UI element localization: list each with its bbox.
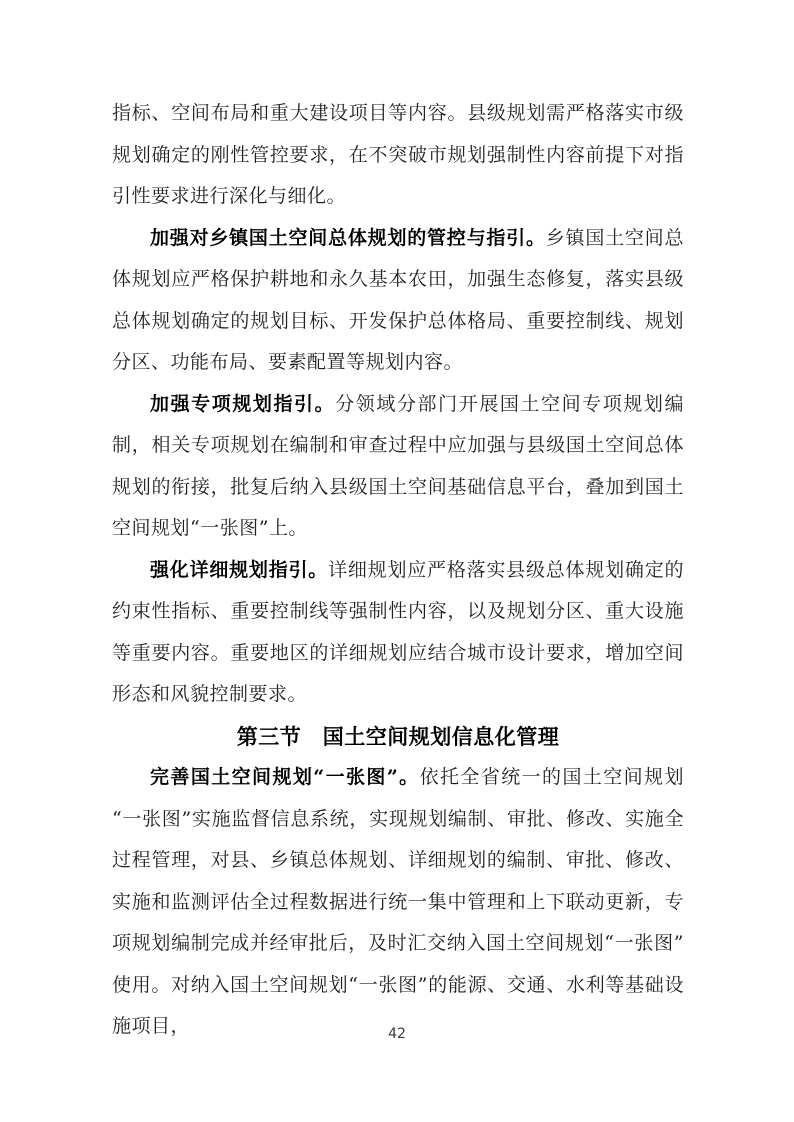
paragraph: 强化详细规划指引。详细规划应严格落实县级总体规划确定的约束性指标、重要控制线等强… — [112, 550, 684, 716]
paragraph-text: 依托全省统一的国土空间规划“一张图”实施监督信息系统，实现规划编制、审批、修改、… — [112, 766, 684, 1037]
paragraph: 加强对乡镇国土空间总体规划的管控与指引。乡镇国土空间总体规划应严格保护耕地和永久… — [112, 218, 684, 384]
paragraph-text: 指标、空间布局和重大建设项目等内容。县级规划需严格落实市级规划确定的刚性管控要求… — [112, 102, 684, 207]
page-number: 42 — [0, 1026, 794, 1042]
paragraph-bold-lead: 完善国土空间规划“一张图”。 — [150, 766, 420, 788]
section-heading: 第三节 国土空间规划信息化管理 — [112, 716, 684, 758]
paragraph: 指标、空间布局和重大建设项目等内容。县级规划需严格落实市级规划确定的刚性管控要求… — [112, 93, 684, 218]
paragraph-bold-lead: 加强专项规划指引。 — [150, 393, 335, 415]
paragraph-bold-lead: 强化详细规划指引。 — [150, 559, 328, 581]
paragraph-bold-lead: 加强对乡镇国土空间总体规划的管控与指引。 — [150, 227, 546, 249]
text-block: 指标、空间布局和重大建设项目等内容。县级规划需严格落实市级规划确定的刚性管控要求… — [112, 93, 684, 1048]
paragraph: 完善国土空间规划“一张图”。依托全省统一的国土空间规划“一张图”实施监督信息系统… — [112, 757, 684, 1048]
document-page: 指标、空间布局和重大建设项目等内容。县级规划需严格落实市级规划确定的刚性管控要求… — [0, 0, 794, 1122]
paragraph: 加强专项规划指引。分领域分部门开展国土空间专项规划编制，相关专项规划在编制和审查… — [112, 384, 684, 550]
